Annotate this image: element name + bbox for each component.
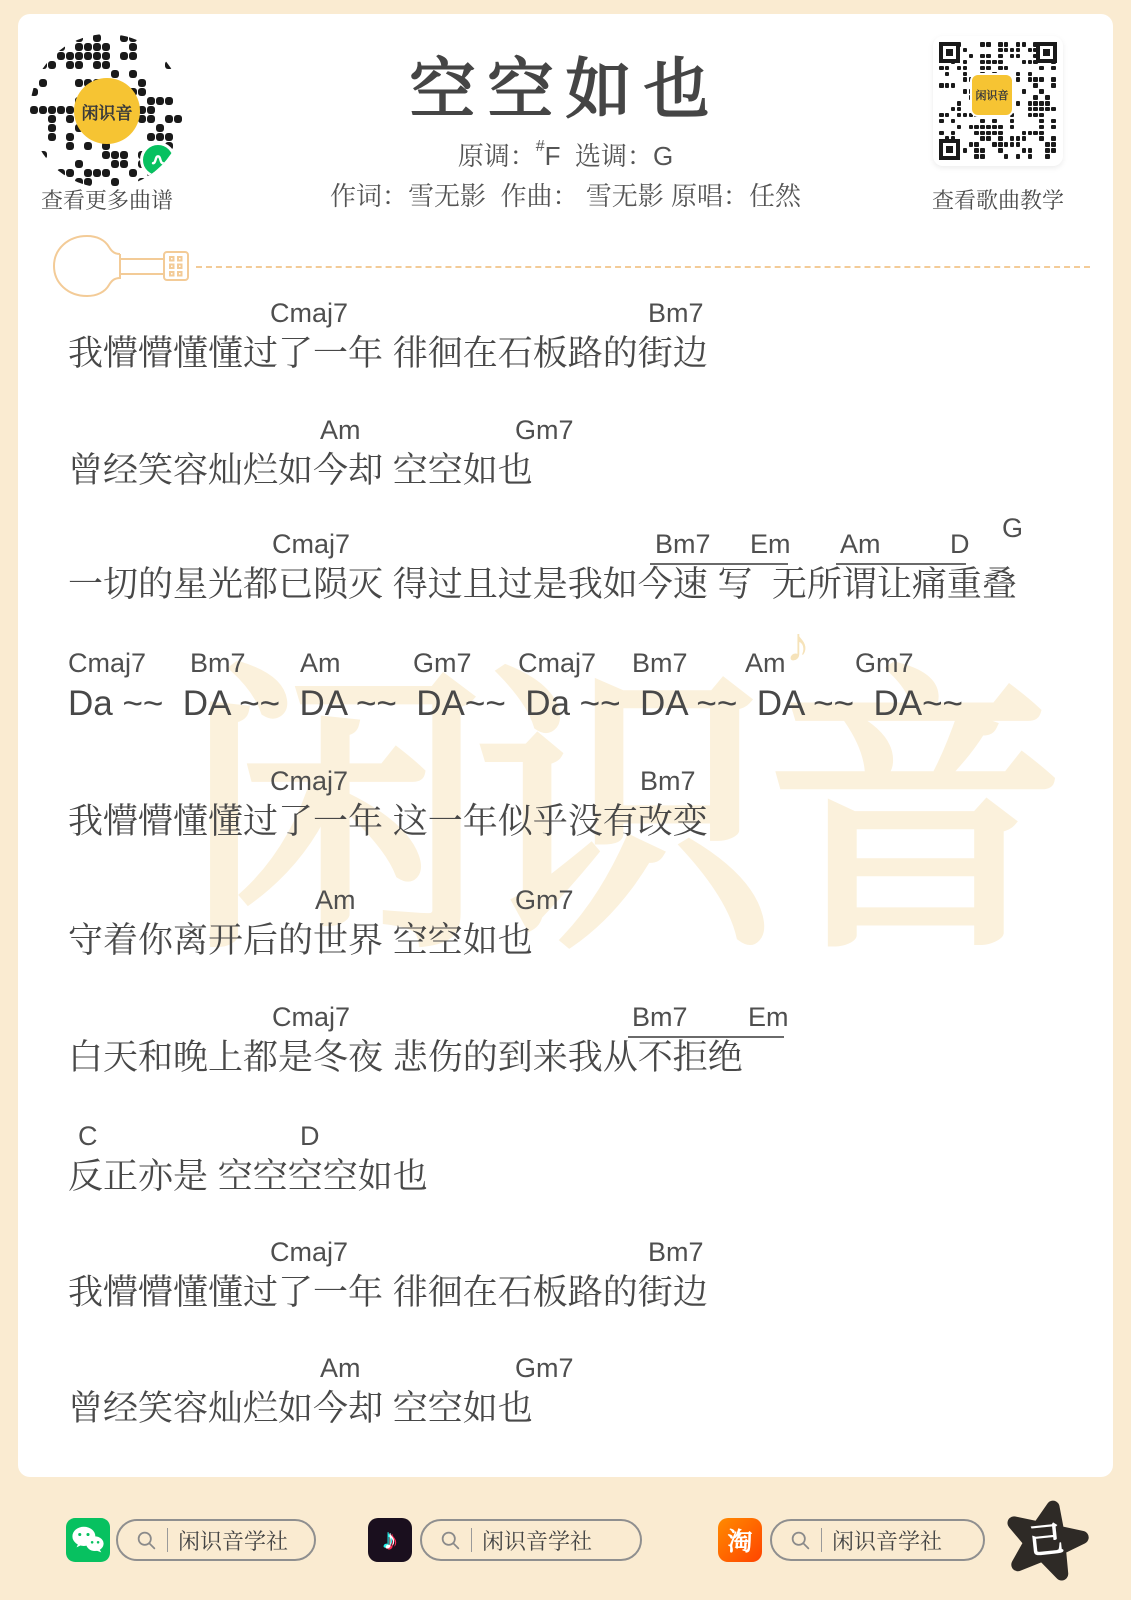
key-values: F 选调：G — [545, 141, 674, 171]
chord-label: Cmaj7 — [270, 766, 348, 797]
chord-label: Cmaj7 — [518, 648, 596, 679]
search-query: 闲识音学社 — [832, 1525, 942, 1556]
star-logo-glyph: 己 — [1027, 1520, 1066, 1562]
chord-label: C — [78, 1121, 98, 1152]
chord-label: Bm7 — [640, 766, 696, 797]
lyric-block: AmGm7曾经笑容灿烂如今却 空空如也 — [0, 1348, 1131, 1432]
chord-label: Gm7 — [515, 1353, 574, 1384]
chord-label: Cmaj7 — [270, 298, 348, 329]
brand-logo-badge: 闲识音 — [970, 73, 1014, 117]
chord-label: Em — [750, 529, 791, 560]
qr-right-caption: 查看歌曲教学 — [903, 184, 1093, 215]
lyric-block: Cmaj7Bm7AmGm7Cmaj7Bm7AmGm7Da ~~ DA ~~ DA… — [0, 643, 1131, 727]
chord-label: Em — [748, 1002, 789, 1033]
star-logo: 己 — [1002, 1496, 1090, 1584]
key-label: 原调： — [458, 141, 536, 171]
search-icon — [790, 1530, 811, 1551]
lyric-block: CD反正亦是 空空空空如也 — [0, 1116, 1131, 1200]
taobao-icon: 淘 — [718, 1518, 762, 1562]
chord-label: Bm7 — [648, 1237, 704, 1268]
chord-label: Cmaj7 — [272, 529, 350, 560]
chord-label: D — [300, 1121, 320, 1152]
chord-label: Cmaj7 — [68, 648, 146, 679]
chord-label: Am — [315, 885, 356, 916]
chord-label: Am — [745, 648, 786, 679]
douyin-icon: ♪ — [368, 1518, 412, 1562]
chord-label: Cmaj7 — [270, 1237, 348, 1268]
sharp-sign: # — [536, 138, 545, 155]
chord-underline — [836, 563, 966, 565]
lyric-line: Da ~~ DA ~~ DA ~~ DA~~ Da ~~ DA ~~ DA ~~… — [0, 681, 1131, 727]
chord-label: Am — [320, 1353, 361, 1384]
search-divider — [167, 1528, 168, 1552]
lyric-line: 曾经笑容灿烂如今却 空空如也 — [0, 1386, 1131, 1432]
search-query: 闲识音学社 — [178, 1525, 288, 1556]
search-divider — [821, 1528, 822, 1552]
chord-label: Gm7 — [855, 648, 914, 679]
chord-label: Am — [300, 648, 341, 679]
chord-underline — [650, 563, 788, 565]
lyric-block: Cmaj7Bm7我懵懵懂懂过了一年 徘徊在石板路的街边 — [0, 293, 1131, 377]
lyric-line: 我懵懵懂懂过了一年 徘徊在石板路的街边 — [0, 331, 1131, 377]
chord-underline — [628, 1036, 784, 1038]
wechat-search-input[interactable]: 闲识音学社 — [116, 1519, 316, 1561]
douyin-search-input[interactable]: 闲识音学社 — [420, 1519, 642, 1561]
search-divider — [471, 1528, 472, 1552]
qr-code-right: 闲识音 — [933, 36, 1063, 166]
chord-label: Bm7 — [632, 1002, 688, 1033]
lyric-line: 守着你离开后的世界 空空如也 — [0, 918, 1131, 964]
lyric-block: Cmaj7Bm7我懵懵懂懂过了一年 这一年似乎没有改变 — [0, 761, 1131, 845]
lyric-block: Cmaj7Bm7我懵懵懂懂过了一年 徘徊在石板路的街边 — [0, 1232, 1131, 1316]
wechat-icon — [66, 1518, 110, 1562]
chord-label: G — [1002, 513, 1023, 544]
lyric-line: 白天和晚上都是冬夜 悲伤的到来我从不拒绝 — [0, 1035, 1131, 1081]
chord-label: Bm7 — [655, 529, 711, 560]
chord-label: Am — [320, 415, 361, 446]
lyric-block: AmGm7守着你离开后的世界 空空如也 — [0, 880, 1131, 964]
chord-label: Bm7 — [632, 648, 688, 679]
lyric-block: Cmaj7Bm7EmAmDG一切的星光都已陨灭 得过且过是我如今速 写 无所谓让… — [0, 524, 1131, 608]
chord-label: Am — [840, 529, 881, 560]
chord-sheet: 闲识音 查看更多曲谱 空空如也 原调：#F 选调：G 作词：雪无影 作曲： 雪无… — [0, 0, 1131, 1600]
chord-label: Gm7 — [515, 415, 574, 446]
lyric-line: 我懵懵懂懂过了一年 徘徊在石板路的街边 — [0, 1270, 1131, 1316]
dashed-divider — [196, 266, 1090, 268]
qr-finder-icon — [939, 42, 960, 63]
lyric-line: 一切的星光都已陨灭 得过且过是我如今速 写 无所谓让痛重叠 — [0, 562, 1131, 608]
lyric-block: AmGm7曾经笑容灿烂如今却 空空如也 — [0, 410, 1131, 494]
search-icon — [440, 1530, 461, 1551]
chord-label: Gm7 — [413, 648, 472, 679]
taobao-search-input[interactable]: 闲识音学社 — [770, 1519, 985, 1561]
lyric-line: 反正亦是 空空空空如也 — [0, 1154, 1131, 1200]
chord-label: Gm7 — [515, 885, 574, 916]
qr-finder-icon — [939, 139, 960, 160]
lyric-block: Cmaj7Bm7Em白天和晚上都是冬夜 悲伤的到来我从不拒绝 — [0, 997, 1131, 1081]
search-icon — [136, 1530, 157, 1551]
qr-finder-icon — [1036, 42, 1057, 63]
lyric-line: 曾经笑容灿烂如今却 空空如也 — [0, 448, 1131, 494]
search-query: 闲识音学社 — [482, 1525, 592, 1556]
chord-label: D — [950, 529, 970, 560]
lyric-line: 我懵懵懂懂过了一年 这一年似乎没有改变 — [0, 799, 1131, 845]
chord-label: Cmaj7 — [272, 1002, 350, 1033]
chord-label: Bm7 — [190, 648, 246, 679]
chord-label: Bm7 — [648, 298, 704, 329]
